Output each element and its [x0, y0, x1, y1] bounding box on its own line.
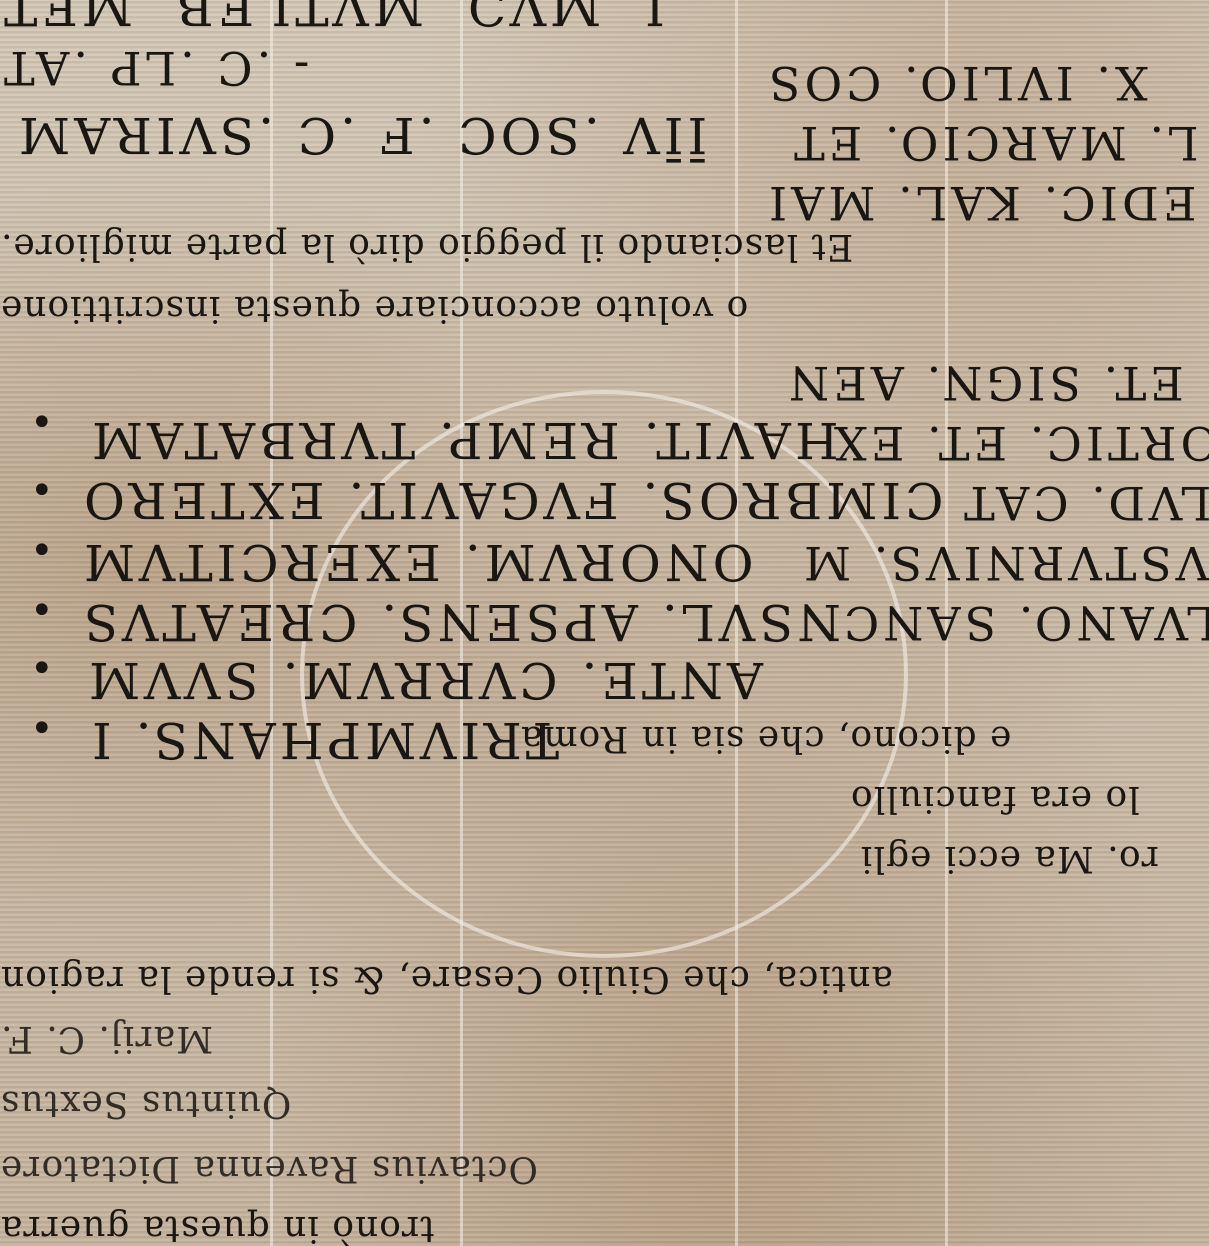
- body-text-line: Et lasciando il peggio dirò la parte mig…: [0, 228, 853, 264]
- bullet-dot: •: [30, 468, 54, 514]
- bullet-dot: •: [30, 706, 54, 752]
- inscription-line: AVSTVRNIVS. M: [800, 540, 1209, 586]
- inscription-line: HAVIT. REMP. TVRBATAM: [88, 415, 839, 465]
- show-through-line: Marij. C. F.: [0, 1020, 213, 1056]
- bullet-dot: •: [30, 588, 54, 634]
- body-text-line: ro. Ma ecci egli: [860, 840, 1159, 876]
- inscription-line: X. IVLIO. COS: [765, 60, 1148, 106]
- body-text-line: o voluto acconciare questa inscrittione: [0, 290, 748, 326]
- bullet-dot: •: [30, 646, 54, 692]
- inscription-line: - .C .LP .AT: [0, 45, 309, 91]
- show-through-line: Quintus Sextus: [0, 1085, 291, 1121]
- inscription-line: ANTE. CVRRVM. SVVM: [85, 655, 763, 705]
- bullet-dot: •: [30, 528, 54, 574]
- inscription-line: ORTIC. ET. EX: [830, 420, 1209, 466]
- inscription-line: EDIC. KAL. MAI: [765, 180, 1196, 226]
- inscription-line: L. MARCIO. ET: [790, 120, 1199, 166]
- body-text-line: e dicono, che sia in Roma: [520, 720, 1011, 756]
- inscription-line: ĪĪV .SOC .F .C .SVIRAM: [15, 110, 707, 160]
- inscription-line: I. MVƆ. MVTLEB. MET: [0, 0, 665, 32]
- inscription-line: ONORVM. EXERCITVM: [80, 537, 754, 587]
- inscription-line: VS. LVD. CAT: [960, 480, 1209, 526]
- inscription-line: TRIVMPHANS. I: [88, 715, 559, 765]
- bullet-dot: •: [30, 400, 54, 446]
- inscription-line: LVANO. SANC: [840, 600, 1209, 646]
- inscription-line: NSVL. APSENS. CREATVS: [80, 597, 841, 647]
- show-through-line: Octavius Ravenna Dictatore: [0, 1150, 538, 1186]
- body-text-line: tronò in questa guerra: [0, 1210, 435, 1246]
- body-text-line: lo era fanciullo: [850, 780, 1140, 816]
- inscription-line: CIMBROS. FVGAVIT. EXTERO: [80, 475, 943, 525]
- inscription-line: ET. SIGN. AEN: [785, 360, 1184, 406]
- body-text-line: antica, che Giulio Cesare, & si rende la…: [0, 960, 893, 996]
